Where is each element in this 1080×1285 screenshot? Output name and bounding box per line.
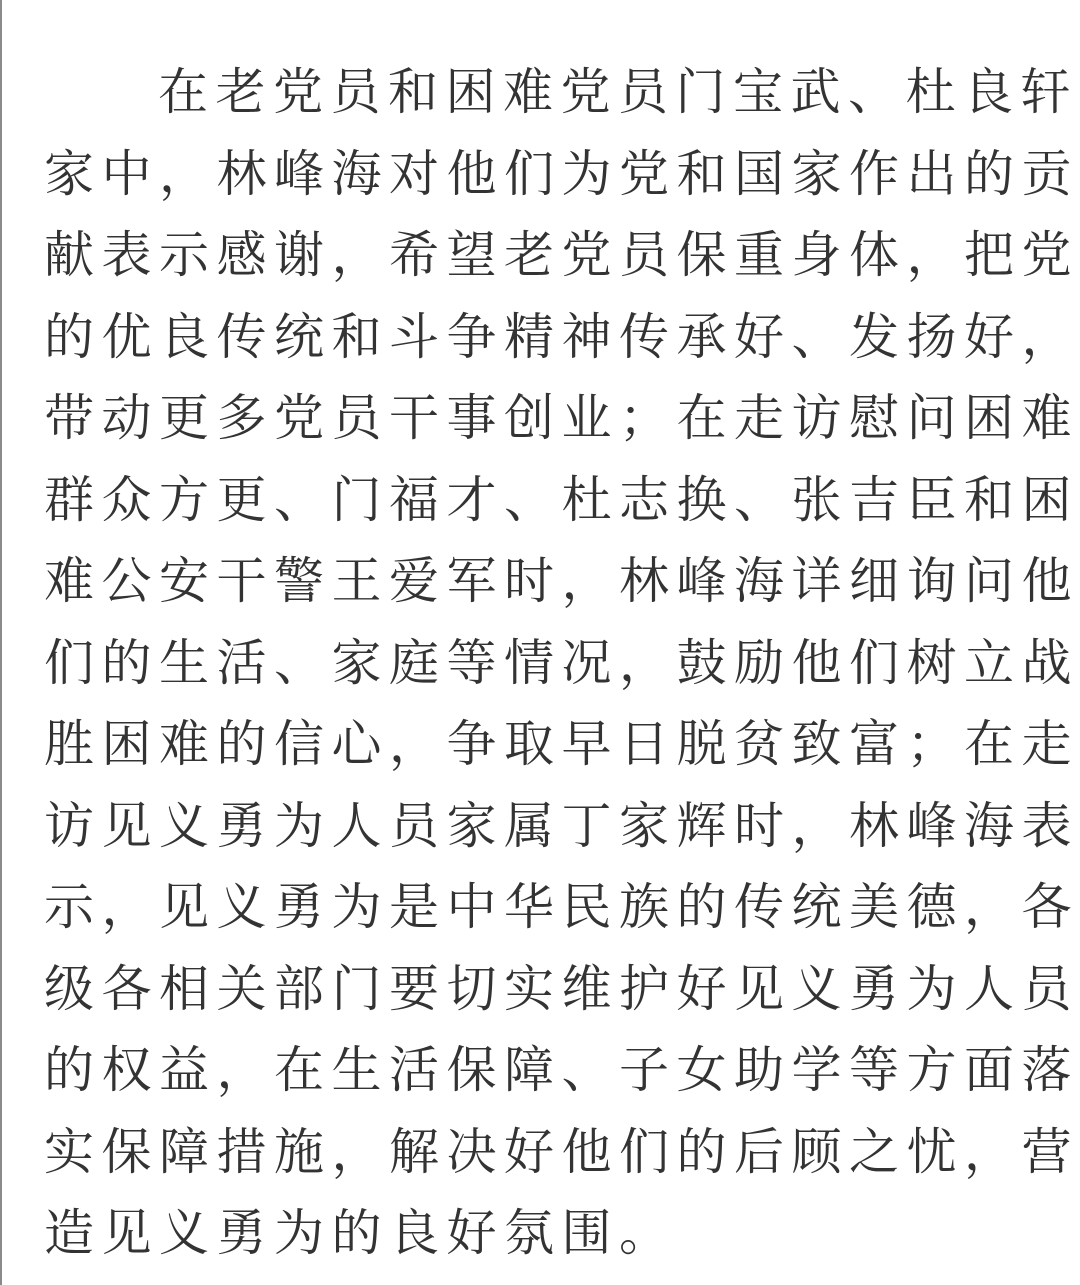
paragraph-line: 家中，林峰海对他们为党和国家作出的贡	[44, 134, 1034, 216]
paragraph-line: 的权益，在生活保障、子女助学等方面落	[44, 1030, 1034, 1112]
paragraph-line: 的优良传统和斗争精神传承好、发扬好，	[44, 297, 1034, 379]
paragraph-line: 群众方更、门福才、杜志换、张吉臣和困	[44, 460, 1034, 542]
page-left-border	[0, 0, 2, 1285]
paragraph-line: 级各相关部门要切实维护好见义勇为人员	[44, 949, 1034, 1031]
paragraph-line: 们的生活、家庭等情况，鼓励他们树立战	[44, 623, 1034, 705]
article-paragraph: 在老党员和困难党员门宝武、杜良轩 家中，林峰海对他们为党和国家作出的贡 献表示感…	[44, 52, 1034, 1275]
paragraph-line: 在老党员和困难党员门宝武、杜良轩	[44, 52, 1034, 134]
paragraph-line: 造见义勇为的良好氛围。	[44, 1193, 1034, 1275]
paragraph-line: 胜困难的信心，争取早日脱贫致富；在走	[44, 704, 1034, 786]
paragraph-line: 献表示感谢，希望老党员保重身体，把党	[44, 215, 1034, 297]
paragraph-line: 带动更多党员干事创业；在走访慰问困难	[44, 378, 1034, 460]
paragraph-line: 访见义勇为人员家属丁家辉时，林峰海表	[44, 786, 1034, 868]
paragraph-line: 实保障措施，解决好他们的后顾之忧，营	[44, 1112, 1034, 1194]
article-body: 在老党员和困难党员门宝武、杜良轩 家中，林峰海对他们为党和国家作出的贡 献表示感…	[44, 52, 1034, 1275]
paragraph-line: 难公安干警王爱军时，林峰海详细询问他	[44, 541, 1034, 623]
paragraph-line: 示，见义勇为是中华民族的传统美德，各	[44, 867, 1034, 949]
